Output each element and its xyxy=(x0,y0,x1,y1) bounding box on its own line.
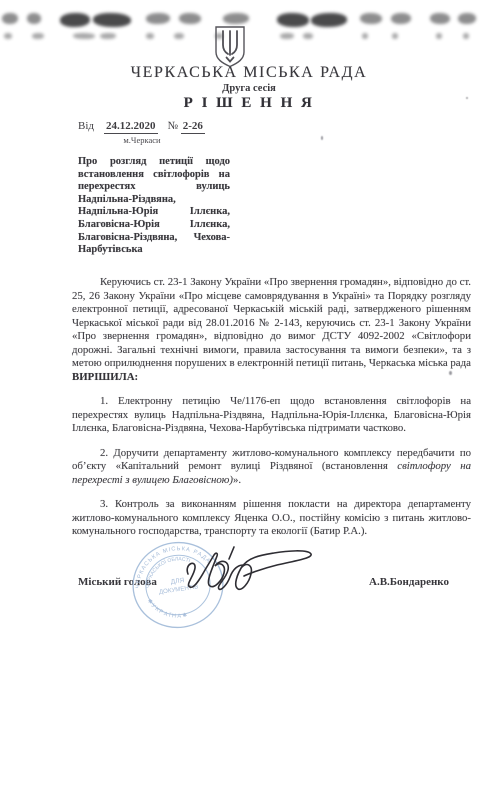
ref-number-sign: № xyxy=(168,120,179,132)
subject-block: Про розгляд петиції щодо встановлення св… xyxy=(78,156,230,257)
subject-line: Про розгляд петиції щодо xyxy=(78,156,230,169)
preamble-paragraph: Керуючись ст. 23-1 Закону України «Про з… xyxy=(72,276,471,371)
ref-date-value: 24.12.2020 xyxy=(104,120,158,134)
resolution-item-1-text: 1. Електронну петицію Че/1176-еп щодо вс… xyxy=(72,395,471,434)
scan-speck xyxy=(449,371,452,375)
resolved-label: ВИРІШИЛА: xyxy=(72,371,471,385)
scan-speck xyxy=(321,136,323,140)
subject-line: Нарбутівська xyxy=(78,244,230,257)
scan-speck xyxy=(466,97,468,99)
resolution-item-3-text: 3. Контроль за виконанням рішення поклас… xyxy=(72,498,471,537)
doc-type-title: Р І Ш Е Н Н Я xyxy=(18,95,480,112)
subject-line: встановлення світлофорів на xyxy=(78,169,230,182)
ref-from-label: Від xyxy=(78,120,94,132)
city-label: м.Черкаси xyxy=(78,135,206,145)
signer-name: А.В.Бондаренко xyxy=(369,576,449,588)
org-name: ЧЕРКАСЬКА МІСЬКА РАДА xyxy=(18,64,480,82)
resolution-item-3: 3. Контроль за виконанням рішення поклас… xyxy=(72,498,471,539)
ref-line: Від24.12.2020№ 2-26 xyxy=(78,120,205,132)
subject-line: Благовісна-Різдвяна, Чехова- xyxy=(78,232,230,245)
ref-number-value: 2-26 xyxy=(181,120,205,134)
subject-line: Надпільна-Юрія Іллєнка, xyxy=(78,206,230,219)
subject-line: Благовісна-Юрія Іллєнка, xyxy=(78,219,230,232)
resolution-item-1: 1. Електронну петицію Че/1176-еп щодо вс… xyxy=(72,395,471,436)
session-label: Друга сесія xyxy=(18,83,480,94)
resolution-item-2-closing: ». xyxy=(233,474,241,486)
signature-scribble xyxy=(182,544,324,600)
document-body: Керуючись ст. 23-1 Закону України «Про з… xyxy=(72,276,471,539)
subject-line: Надпільна-Різдвяна, xyxy=(78,194,230,207)
ukraine-trident-emblem-icon xyxy=(213,26,247,68)
document-page: ЧЕРКАСЬКА МІСЬКА РАДА Друга сесія Р І Ш … xyxy=(0,0,480,788)
subject-line: перехрестях вулиць xyxy=(78,181,230,194)
resolution-item-2: 2. Доручити департаменту житлово-комунал… xyxy=(72,447,471,488)
